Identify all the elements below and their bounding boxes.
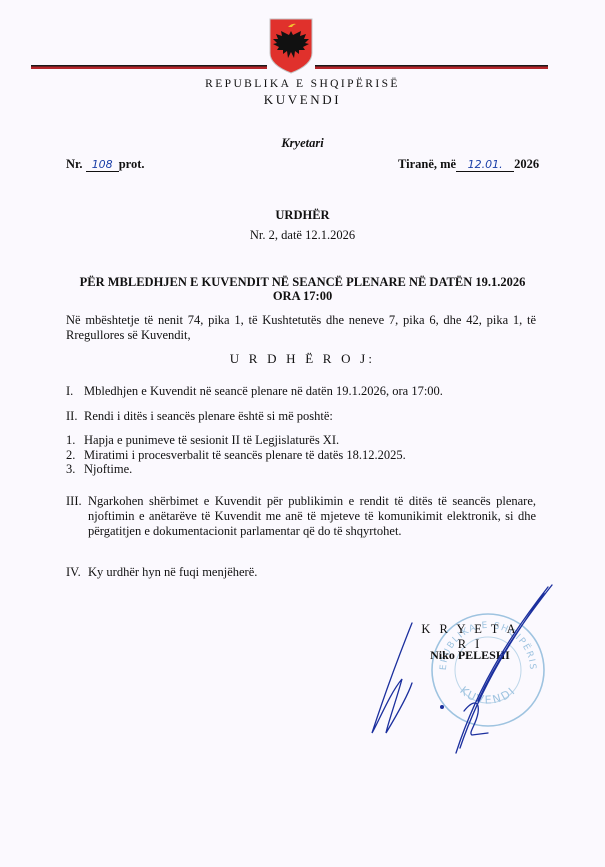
office-label: Kryetari	[0, 136, 605, 151]
agenda-item: 1. Hapja e punimeve të sesionit II të Le…	[66, 433, 536, 448]
country-name: REPUBLIKA E SHQIPËRISË	[0, 78, 605, 90]
document-title: URDHËR	[0, 208, 605, 223]
year: 2026	[514, 157, 539, 171]
agenda-text: Njoftime.	[84, 462, 132, 477]
order-item: I. Mbledhjen e Kuvendit në seancë plenar…	[66, 384, 536, 399]
place-date: Tiranë, më12.01.2026	[398, 157, 539, 172]
agenda-item: 2. Miratimi i procesverbalit të seancës …	[66, 448, 536, 463]
item-text: Rendi i ditës i seancës plenare është si…	[84, 409, 536, 424]
order-word: U R D H Ë R O J:	[0, 351, 605, 367]
agenda-list: 1. Hapja e punimeve të sesionit II të Le…	[66, 433, 536, 477]
item-marker: IV.	[66, 565, 88, 580]
item-marker: I.	[66, 384, 84, 399]
item-marker: II.	[66, 409, 84, 424]
agenda-text: Miratimi i procesverbalit të seancës ple…	[84, 448, 406, 463]
agenda-marker: 3.	[66, 462, 84, 477]
heading-line-1: PËR MBLEDHJEN E KUVENDIT NË SEANCË PLENA…	[40, 275, 565, 289]
handwritten-signature-icon	[360, 583, 580, 758]
item-text: Ngarkohen shërbimet e Kuvendit për publi…	[88, 494, 536, 539]
item-text: Mbledhjen e Kuvendit në seancë plenare n…	[84, 384, 536, 399]
nr-suffix: prot.	[119, 157, 145, 171]
nr-prefix: Nr.	[66, 157, 83, 171]
item-marker: III.	[66, 494, 88, 539]
document-heading: PËR MBLEDHJEN E KUVENDIT NË SEANCË PLENA…	[40, 275, 565, 303]
header-rule-left	[31, 65, 267, 69]
document-subtitle: Nr. 2, datë 12.1.2026	[0, 228, 605, 243]
agenda-text: Hapja e punimeve të sesionit II të Legji…	[84, 433, 339, 448]
preamble: Në mbështetje të nenit 74, pika 1, të Ku…	[66, 313, 536, 343]
agenda-item: 3. Njoftime.	[66, 462, 536, 477]
protocol-number: Nr. 108prot.	[66, 157, 145, 172]
place-prefix: Tiranë, më	[398, 157, 456, 171]
order-item: IV. Ky urdhër hyn në fuqi menjëherë.	[66, 565, 536, 580]
order-item: II. Rendi i ditës i seancës plenare ësht…	[66, 409, 536, 424]
heading-line-2: ORA 17:00	[40, 289, 565, 303]
header-rule-right	[315, 65, 548, 69]
order-item: III. Ngarkohen shërbimet e Kuvendit për …	[66, 494, 536, 539]
nr-handwritten: 108	[86, 159, 119, 172]
institution-name: KUVENDI	[0, 92, 605, 108]
item-text: Ky urdhër hyn në fuqi menjëherë.	[88, 565, 536, 580]
coat-of-arms-icon	[268, 17, 314, 75]
agenda-marker: 2.	[66, 448, 84, 463]
agenda-marker: 1.	[66, 433, 84, 448]
date-handwritten: 12.01.	[456, 159, 514, 172]
